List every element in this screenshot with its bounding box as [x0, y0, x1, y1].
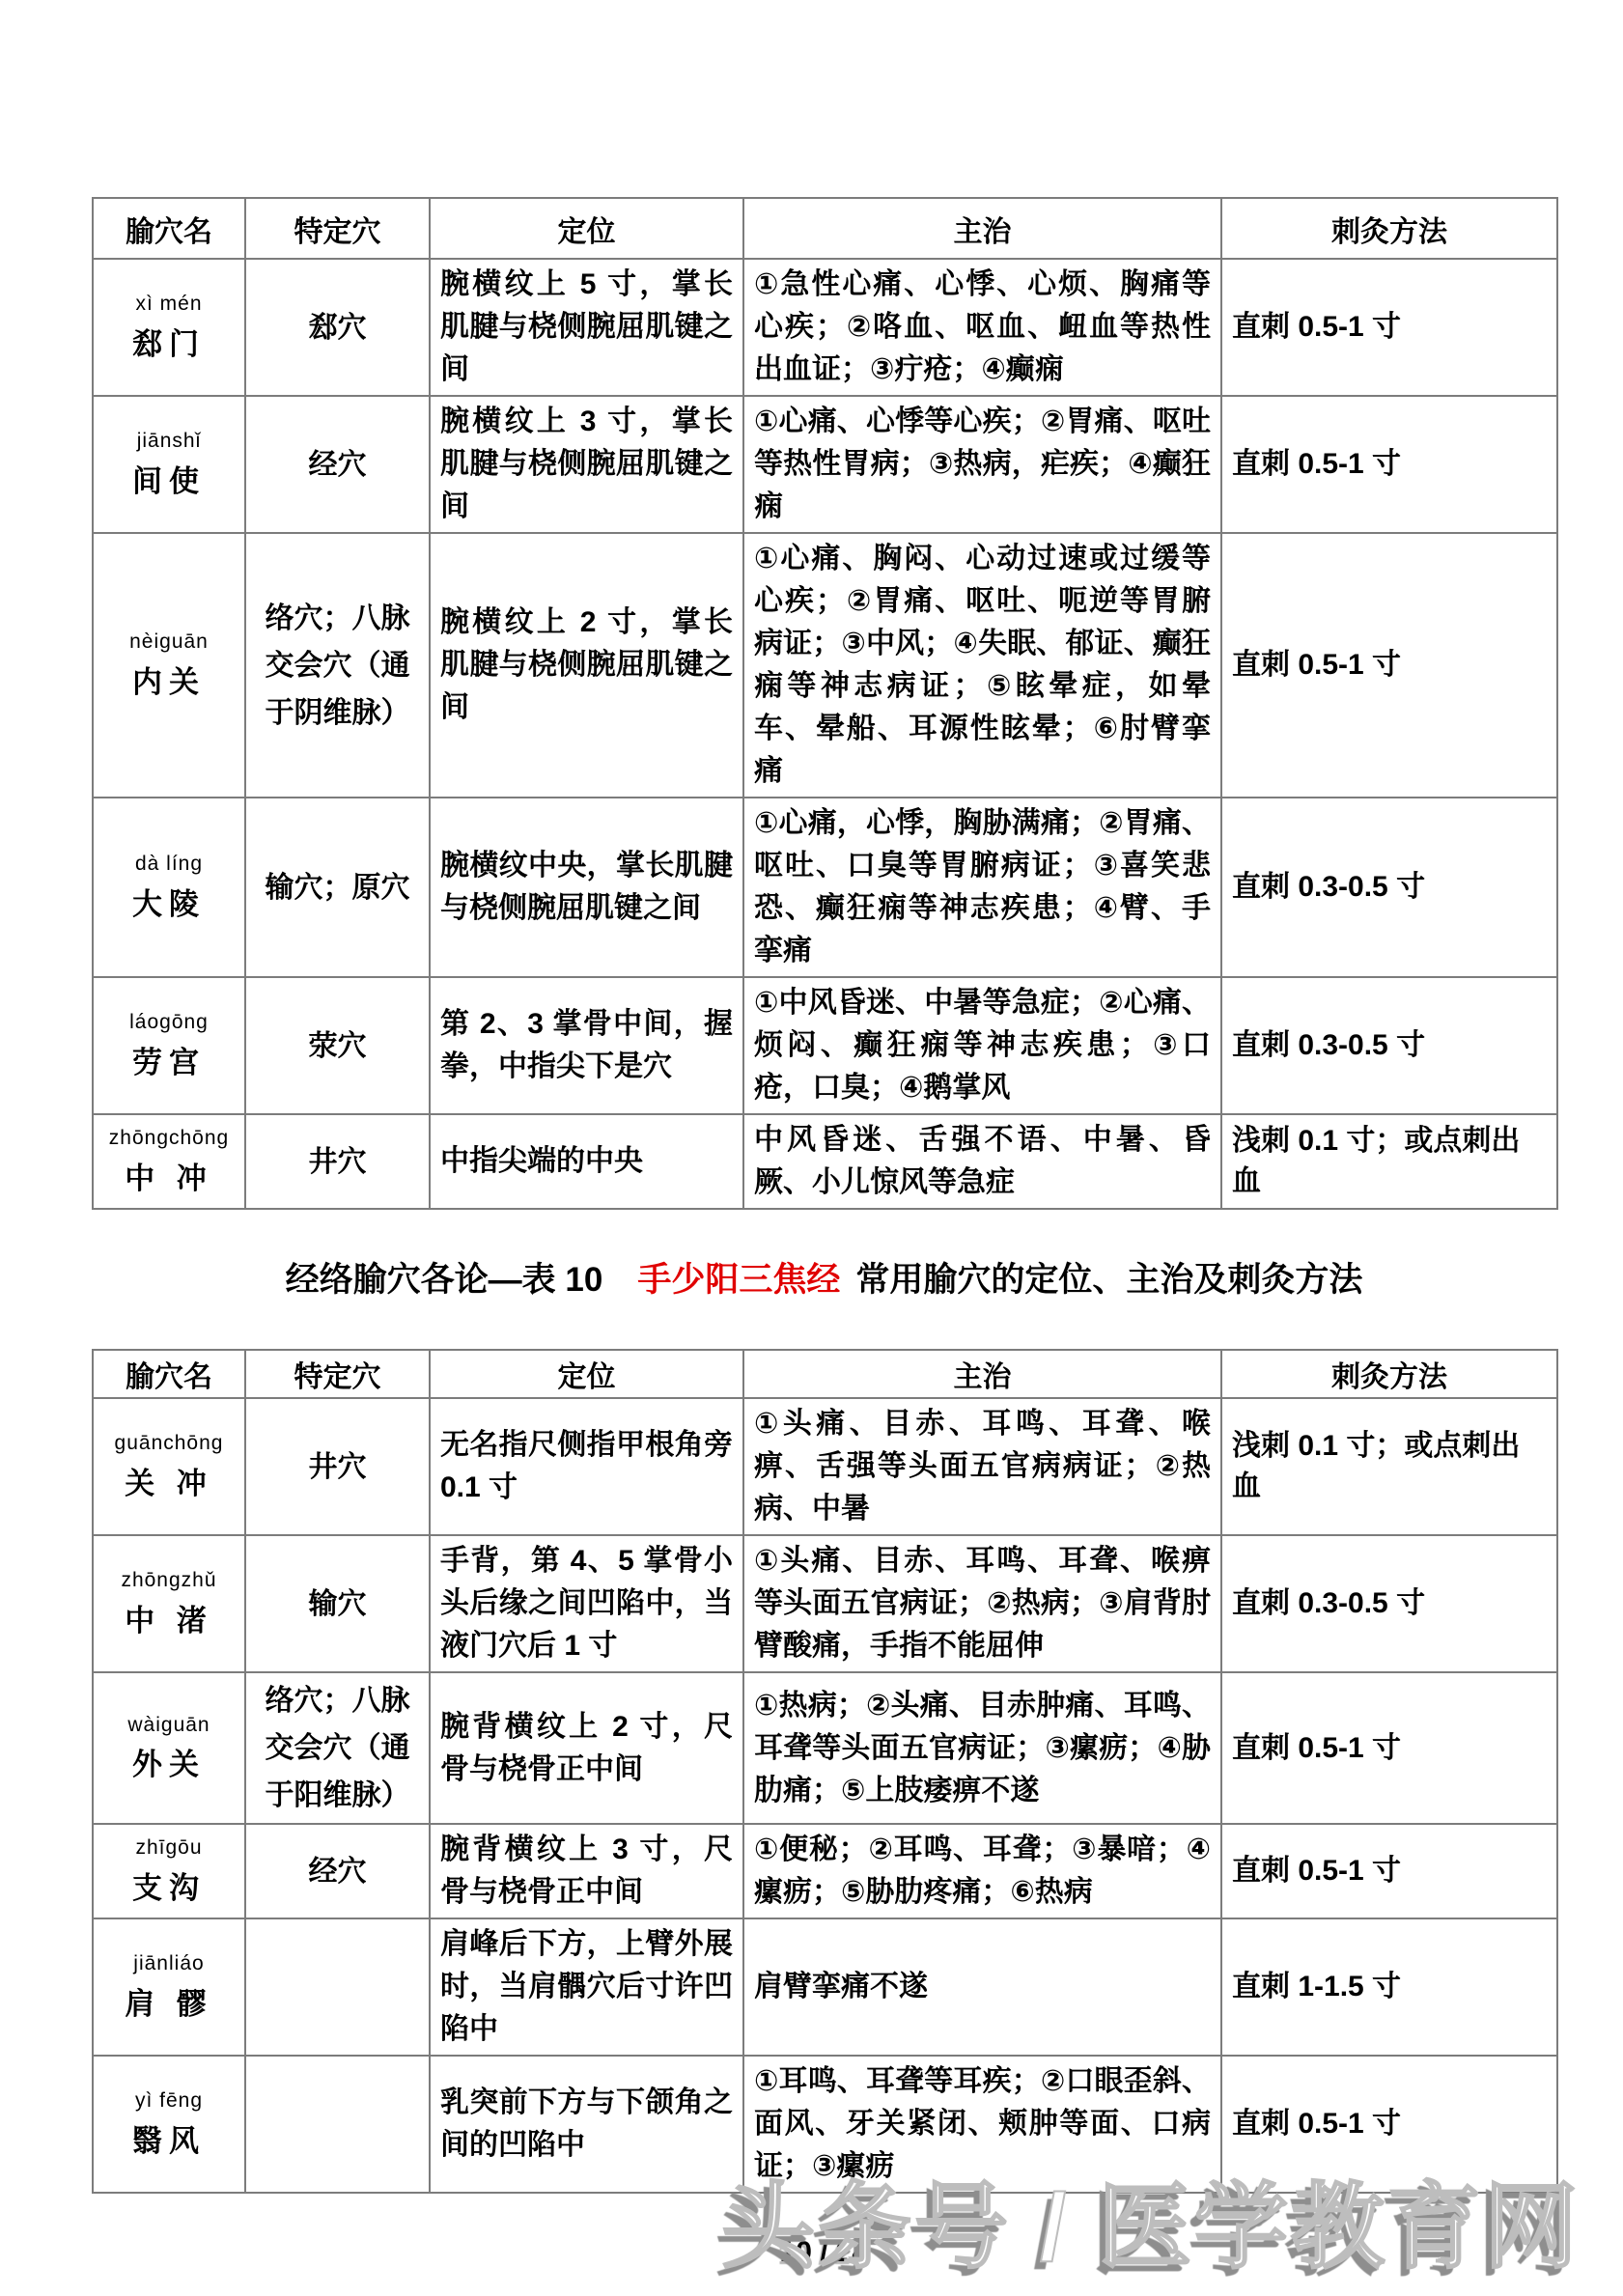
special-point-cell: 络穴；八脉交会穴（通于阳维脉） — [245, 1672, 430, 1824]
method-cell: 浅刺 0.1 寸；或点刺出血 — [1221, 1114, 1557, 1209]
header-special-point: 特定穴 — [245, 1350, 430, 1398]
special-point-cell: 荥穴 — [245, 977, 430, 1114]
acupoint-name-cell: dà líng 大陵 — [93, 798, 245, 977]
acupoint-name-cell: jiānshǐ 间使 — [93, 396, 245, 533]
method-cell: 直刺 0.5-1 寸 — [1221, 533, 1557, 798]
header-indications: 主治 — [743, 198, 1221, 259]
method-cell: 直刺 0.5-1 寸 — [1221, 259, 1557, 396]
special-point-cell: 井穴 — [245, 1114, 430, 1209]
indications-cell: ①头痛、目赤、耳鸣、耳聋、喉痹、舌强等头面五官病病证；②热病、中暑 — [743, 1398, 1221, 1535]
acupoint-name: 间使 — [103, 457, 235, 500]
header-indications: 主治 — [743, 1350, 1221, 1398]
special-point-cell: 络穴；八脉交会穴（通于阴维脉） — [245, 533, 430, 798]
document-page: 腧穴名 特定穴 定位 主治 刺灸方法 xì mén 郄门 郄穴 腕横纹上 5 寸… — [0, 0, 1623, 2296]
acupoint-name-cell: zhīgōu 支沟 — [93, 1824, 245, 1918]
indications-cell: ①中风昏迷、中暑等急症；②心痛、烦闷、癫狂痫等神志疾患；③口疮，口臭；④鹅掌风 — [743, 977, 1221, 1114]
special-point-cell: 郄穴 — [245, 259, 430, 396]
acupoint-table-pericardium: 腧穴名 特定穴 定位 主治 刺灸方法 xì mén 郄门 郄穴 腕横纹上 5 寸… — [92, 197, 1558, 1210]
location-cell: 中指尖端的中央 — [430, 1114, 743, 1209]
special-point-cell: 经穴 — [245, 396, 430, 533]
section-title: 经络腧穴各论—表 10手少阳三焦经常用腧穴的定位、主治及刺灸方法 — [92, 1258, 1556, 1302]
page-content: 腧穴名 特定穴 定位 主治 刺灸方法 xì mén 郄门 郄穴 腕横纹上 5 寸… — [0, 0, 1623, 2269]
table-header-row: 腧穴名 特定穴 定位 主治 刺灸方法 — [93, 1350, 1557, 1398]
acupoint-name: 中 渚 — [103, 1596, 235, 1639]
table-row: guānchōng 关 冲 井穴 无名指尺侧指甲根角旁 0.1 寸 ①头痛、目赤… — [93, 1398, 1557, 1535]
acupoint-name: 肩 髎 — [103, 1979, 235, 2023]
watermark-text: 头条号 / 医学教育网 — [721, 2151, 1581, 2286]
indications-cell: ①心痛、胸闷、心动过速或过缓等心疾；②胃痛、呕吐、呃逆等胃腑病证；③中风；④失眠… — [743, 533, 1221, 798]
table-row: láogōng 劳宫 荥穴 第 2、3 掌骨中间，握拳，中指尖下是穴 ①中风昏迷… — [93, 977, 1557, 1114]
indications-cell: ①急性心痛、心悸、心烦、胸痛等心疾；②咯血、呕血、衄血等热性出血证；③疔疮；④癫… — [743, 259, 1221, 396]
special-point-cell: 井穴 — [245, 1398, 430, 1535]
location-cell: 手背，第 4、5 掌骨小头后缘之间凹陷中，当液门穴后 1 寸 — [430, 1535, 743, 1672]
table-row: zhōngchōng 中 冲 井穴 中指尖端的中央 中风昏迷、舌强不语、中暑、昏… — [93, 1114, 1557, 1209]
indications-cell: ①便秘；②耳鸣、耳聋；③暴喑；④瘰疬；⑤胁肋疼痛；⑥热病 — [743, 1824, 1221, 1918]
indications-cell: ①热病；②头痛、目赤肿痛、耳鸣、耳聋等头面五官病证；③瘰疬；④胁肋痛；⑤上肢痿痹… — [743, 1672, 1221, 1824]
acupoint-name: 关 冲 — [103, 1459, 235, 1502]
acupoint-pinyin: guānchōng — [103, 1431, 235, 1455]
acupoint-name: 大陵 — [103, 880, 235, 923]
header-method: 刺灸方法 — [1221, 198, 1557, 259]
acupoint-pinyin: jiānshǐ — [103, 429, 235, 453]
special-point-cell: 经穴 — [245, 1824, 430, 1918]
table-row: wàiguān 外关 络穴；八脉交会穴（通于阳维脉） 腕背横纹上 2 寸，尺骨与… — [93, 1672, 1557, 1824]
table-row: jiānliáo 肩 髎 肩峰后下方，上臂外展时，当肩髃穴后寸许凹陷中 肩臂挛痛… — [93, 1918, 1557, 2056]
header-special-point: 特定穴 — [245, 198, 430, 259]
table-header-row: 腧穴名 特定穴 定位 主治 刺灸方法 — [93, 198, 1557, 259]
acupoint-name: 中 冲 — [103, 1154, 235, 1197]
acupoint-pinyin: yì fēng — [103, 2088, 235, 2113]
acupoint-pinyin: wàiguān — [103, 1713, 235, 1737]
header-method: 刺灸方法 — [1221, 1350, 1557, 1398]
acupoint-name-cell: zhōngchōng 中 冲 — [93, 1114, 245, 1209]
location-cell: 腕横纹上 2 寸，掌长肌腱与桡侧腕屈肌键之间 — [430, 533, 743, 798]
header-acupoint-name: 腧穴名 — [93, 198, 245, 259]
header-location: 定位 — [430, 198, 743, 259]
location-cell: 无名指尺侧指甲根角旁 0.1 寸 — [430, 1398, 743, 1535]
table-row: zhīgōu 支沟 经穴 腕背横纹上 3 寸，尺骨与桡骨正中间 ①便秘；②耳鸣、… — [93, 1824, 1557, 1918]
special-point-cell: 输穴 — [245, 1535, 430, 1672]
acupoint-name-cell: wàiguān 外关 — [93, 1672, 245, 1824]
header-location: 定位 — [430, 1350, 743, 1398]
location-cell: 肩峰后下方，上臂外展时，当肩髃穴后寸许凹陷中 — [430, 1918, 743, 2056]
method-cell: 浅刺 0.1 寸；或点刺出血 — [1221, 1398, 1557, 1535]
acupoint-name-cell: zhōngzhǔ 中 渚 — [93, 1535, 245, 1672]
table-row: jiānshǐ 间使 经穴 腕横纹上 3 寸，掌长肌腱与桡侧腕屈肌键之间 ①心痛… — [93, 396, 1557, 533]
acupoint-name: 劳宫 — [103, 1038, 235, 1081]
acupoint-pinyin: jiānliáo — [103, 1951, 235, 1975]
acupoint-name: 外关 — [103, 1740, 235, 1783]
location-cell: 腕横纹上 5 寸，掌长肌腱与桡侧腕屈肌键之间 — [430, 259, 743, 396]
acupoint-name-cell: láogōng 劳宫 — [93, 977, 245, 1114]
acupoint-pinyin: zhōngzhǔ — [103, 1568, 235, 1592]
acupoint-table-sanjiao: 腧穴名 特定穴 定位 主治 刺灸方法 guānchōng 关 冲 井穴 无名指尺… — [92, 1349, 1558, 2194]
location-cell: 腕横纹上 3 寸，掌长肌腱与桡侧腕屈肌键之间 — [430, 396, 743, 533]
method-cell: 直刺 0.3-0.5 寸 — [1221, 977, 1557, 1114]
acupoint-pinyin: dà líng — [103, 852, 235, 876]
section-title-prefix: 经络腧穴各论—表 10 — [286, 1261, 603, 1299]
location-cell: 腕背横纹上 2 寸，尺骨与桡骨正中间 — [430, 1672, 743, 1824]
indications-cell: 肩臂挛痛不遂 — [743, 1918, 1221, 2056]
table-row: xì mén 郄门 郄穴 腕横纹上 5 寸，掌长肌腱与桡侧腕屈肌键之间 ①急性心… — [93, 259, 1557, 396]
acupoint-pinyin: nèiguān — [103, 630, 235, 654]
method-cell: 直刺 1-1.5 寸 — [1221, 1918, 1557, 2056]
acupoint-name-cell: xì mén 郄门 — [93, 259, 245, 396]
indications-cell: ①心痛，心悸，胸胁满痛；②胃痛、呕吐、口臭等胃腑病证；③喜笑悲恐、癫狂痫等神志疾… — [743, 798, 1221, 977]
acupoint-name-cell: nèiguān 内关 — [93, 533, 245, 798]
acupoint-pinyin: zhīgōu — [103, 1835, 235, 1860]
acupoint-name: 支沟 — [103, 1863, 235, 1907]
special-point-cell — [245, 1918, 430, 2056]
method-cell: 直刺 0.5-1 寸 — [1221, 1672, 1557, 1824]
method-cell: 直刺 0.5-1 寸 — [1221, 396, 1557, 533]
method-cell: 直刺 0.3-0.5 寸 — [1221, 1535, 1557, 1672]
location-cell: 腕背横纹上 3 寸，尺骨与桡骨正中间 — [430, 1824, 743, 1918]
indications-cell: 中风昏迷、舌强不语、中暑、昏厥、小儿惊风等急症 — [743, 1114, 1221, 1209]
table-row: dà líng 大陵 输穴；原穴 腕横纹中央，掌长肌腱与桡侧腕屈肌键之间 ①心痛… — [93, 798, 1557, 977]
header-acupoint-name: 腧穴名 — [93, 1350, 245, 1398]
method-cell: 直刺 0.5-1 寸 — [1221, 1824, 1557, 1918]
table-row: nèiguān 内关 络穴；八脉交会穴（通于阴维脉） 腕横纹上 2 寸，掌长肌腱… — [93, 533, 1557, 798]
acupoint-name-cell: guānchōng 关 冲 — [93, 1398, 245, 1535]
special-point-cell: 输穴；原穴 — [245, 798, 430, 977]
acupoint-name: 郄门 — [103, 320, 235, 363]
acupoint-name: 内关 — [103, 658, 235, 701]
method-cell: 直刺 0.3-0.5 寸 — [1221, 798, 1557, 977]
table-row: zhōngzhǔ 中 渚 输穴 手背，第 4、5 掌骨小头后缘之间凹陷中，当液门… — [93, 1535, 1557, 1672]
acupoint-pinyin: zhōngchōng — [103, 1126, 235, 1150]
acupoint-name-cell: yì fēng 翳风 — [93, 2056, 245, 2193]
section-title-meridian: 手少阳三焦经 — [637, 1261, 840, 1299]
acupoint-pinyin: láogōng — [103, 1010, 235, 1034]
location-cell: 乳突前下方与下颌角之间的凹陷中 — [430, 2056, 743, 2193]
acupoint-name: 翳风 — [103, 2116, 235, 2160]
indications-cell: ①心痛、心悸等心疾；②胃痛、呕吐等热性胃病；③热病，疟疾；④癫狂痫 — [743, 396, 1221, 533]
acupoint-name-cell: jiānliáo 肩 髎 — [93, 1918, 245, 2056]
location-cell: 腕横纹中央，掌长肌腱与桡侧腕屈肌键之间 — [430, 798, 743, 977]
acupoint-pinyin: xì mén — [103, 292, 235, 316]
special-point-cell — [245, 2056, 430, 2193]
indications-cell: ①头痛、目赤、耳鸣、耳聋、喉痹等头面五官病证；②热病；③肩背肘臂酸痛，手指不能屈… — [743, 1535, 1221, 1672]
section-title-suffix: 常用腧穴的定位、主治及刺灸方法 — [855, 1261, 1362, 1299]
location-cell: 第 2、3 掌骨中间，握拳，中指尖下是穴 — [430, 977, 743, 1114]
